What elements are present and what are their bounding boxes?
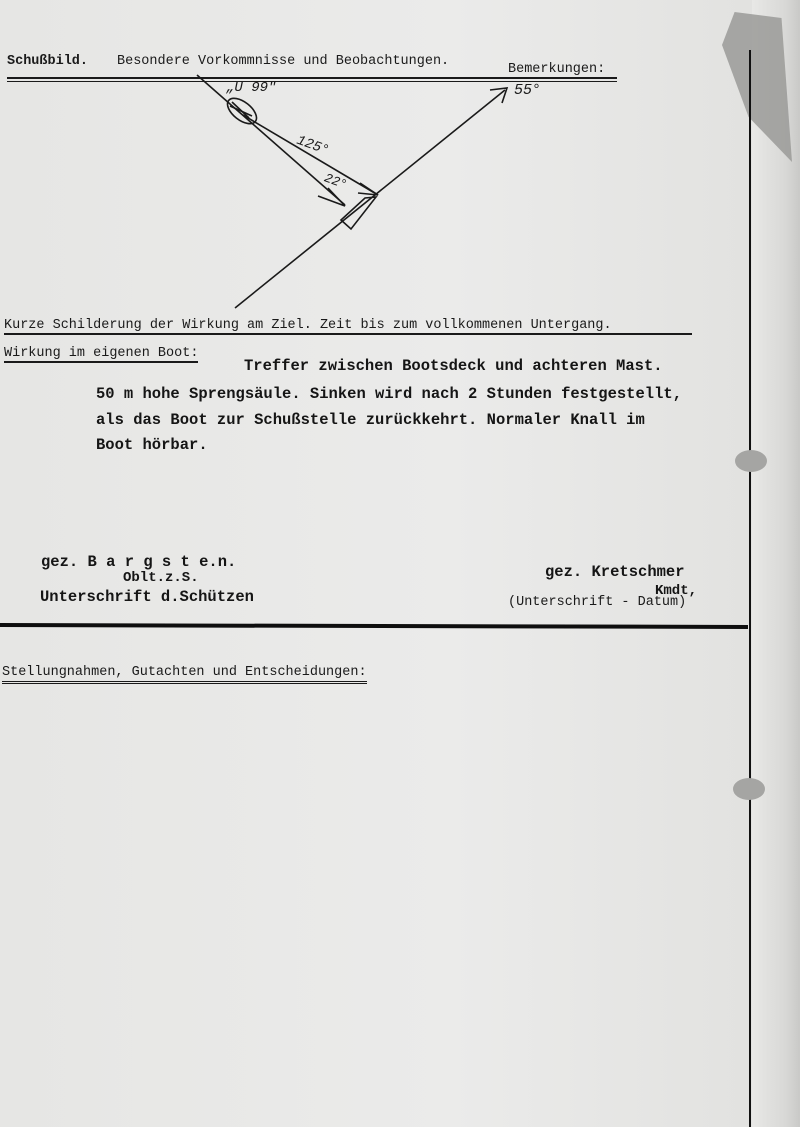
uboat-label: „U 99" <box>226 80 276 96</box>
signature-left-rank: Oblt.z.S. <box>123 570 199 586</box>
effect-line: 50 m hohe Sprengsäule. Sinken wird nach … <box>96 385 682 403</box>
signature-right-caption: (Unterschrift - Datum) <box>508 595 686 610</box>
signature-right-name: gez. Kretschmer <box>545 563 685 581</box>
target-course: 55° <box>514 82 541 99</box>
effect-line: als das Boot zur Schußstelle zurückkehrt… <box>96 411 645 429</box>
label-statements: Stellungnahmen, Gutachten und Entscheidu… <box>2 665 367 684</box>
label-target-effect: Kurze Schilderung der Wirkung am Ziel. Z… <box>4 318 692 335</box>
signature-left-name: gez. B a r g s t e.n. <box>41 553 236 571</box>
label-own-boat: Wirkung im eigenen Boot: <box>4 346 198 363</box>
signature-left-caption: Unterschrift d.Schützen <box>40 588 254 606</box>
effect-line: Boot hörbar. <box>96 436 208 454</box>
effect-line: Treffer zwischen Bootsdeck und achteren … <box>244 357 663 375</box>
